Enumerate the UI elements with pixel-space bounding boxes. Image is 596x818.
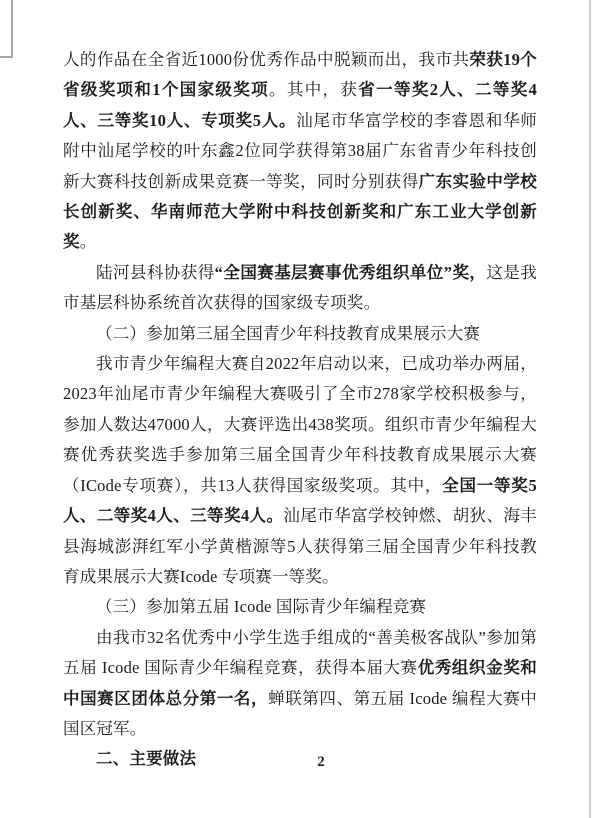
text-run: 陆河县科协获得 bbox=[96, 263, 215, 282]
text-run: 。 bbox=[80, 232, 97, 251]
para-provincial-awards: 人的作品在全省近1000份优秀作品中脱颖而出，我市共荣获19个省级奖项和1个国家… bbox=[63, 45, 537, 258]
heading-section-three: （三）参加第五届 Icode 国际青少年编程竞赛 bbox=[63, 592, 537, 622]
heading-section-two: （二）参加第三届全国青少年科技教育成果展示大赛 bbox=[63, 319, 537, 349]
para-luhe-award: 陆河县科协获得“全国赛基层赛事优秀组织单位”奖，这是我市基层科协系统首次获得的国… bbox=[63, 258, 537, 319]
page-number: 2 bbox=[44, 754, 596, 771]
page-edge-line bbox=[589, 0, 591, 818]
text-run: （三）参加第五届 Icode 国际青少年编程竞赛 bbox=[96, 597, 426, 616]
text-run: （二）参加第三届全国青少年科技教育成果展示大赛 bbox=[96, 324, 480, 343]
para-icode-international: 由我市32名优秀中小学生选手组成的“善美极客战队”参加第五届 Icode 国际青… bbox=[63, 623, 537, 745]
para-programming-contest: 我市青少年编程大赛自2022年启动以来，已成功举办两届，2023年汕尾市青少年编… bbox=[63, 349, 537, 592]
document-page: 人的作品在全省近1000份优秀作品中脱颖而出，我市共荣获19个省级奖项和1个国家… bbox=[0, 0, 596, 818]
text-run: “全国赛基层赛事优秀组织单位”奖， bbox=[215, 263, 487, 282]
page-corner-border bbox=[0, 0, 13, 58]
text-run: 。其中，获 bbox=[269, 80, 358, 99]
document-body: 人的作品在全省近1000份优秀作品中脱颖而出，我市共荣获19个省级奖项和1个国家… bbox=[63, 45, 537, 775]
text-run: 人的作品在全省近1000份优秀作品中脱颖而出，我市共 bbox=[63, 50, 469, 69]
text-run: 我市青少年编程大赛自2022年启动以来，已成功举办两届，2023年汕尾市青少年编… bbox=[63, 354, 537, 495]
